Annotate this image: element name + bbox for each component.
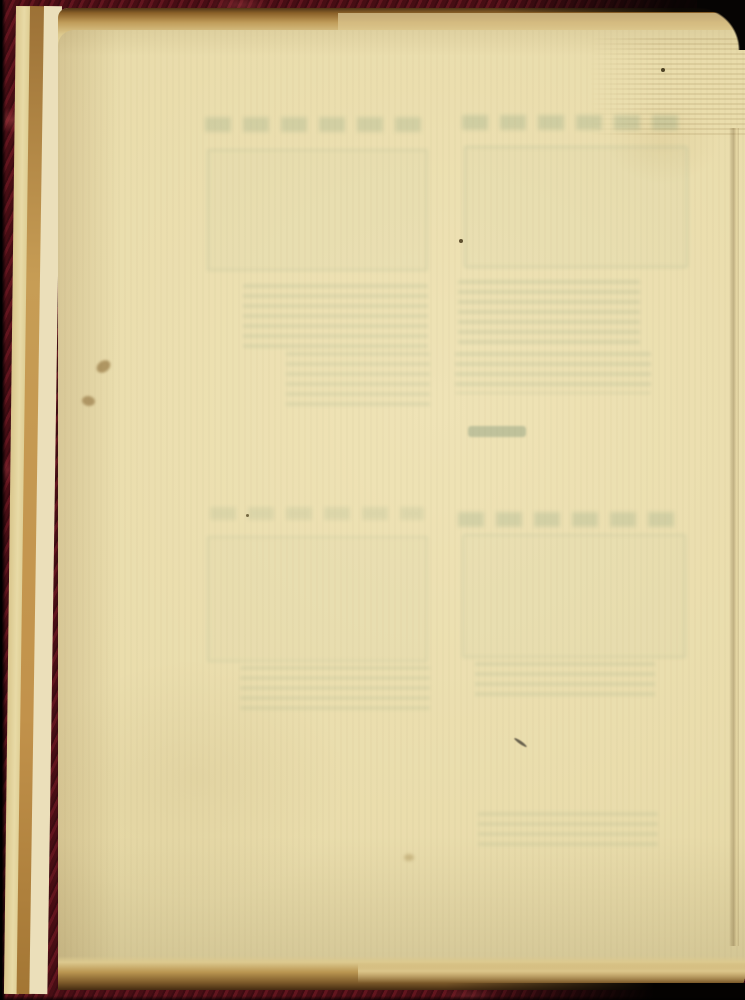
- background-top-right-corner: [697, 0, 745, 50]
- page-surface: [58, 30, 745, 966]
- page-right-edge-line: [729, 128, 739, 946]
- page-bottom-edge-highlight: [358, 963, 745, 983]
- fore-edge-striations: [590, 38, 745, 138]
- background-bottom-line: [0, 996, 745, 1000]
- book-scan-photo: { "scan": { "object": "blank-book-page",…: [0, 0, 745, 1000]
- blank-book-page: [58, 8, 745, 990]
